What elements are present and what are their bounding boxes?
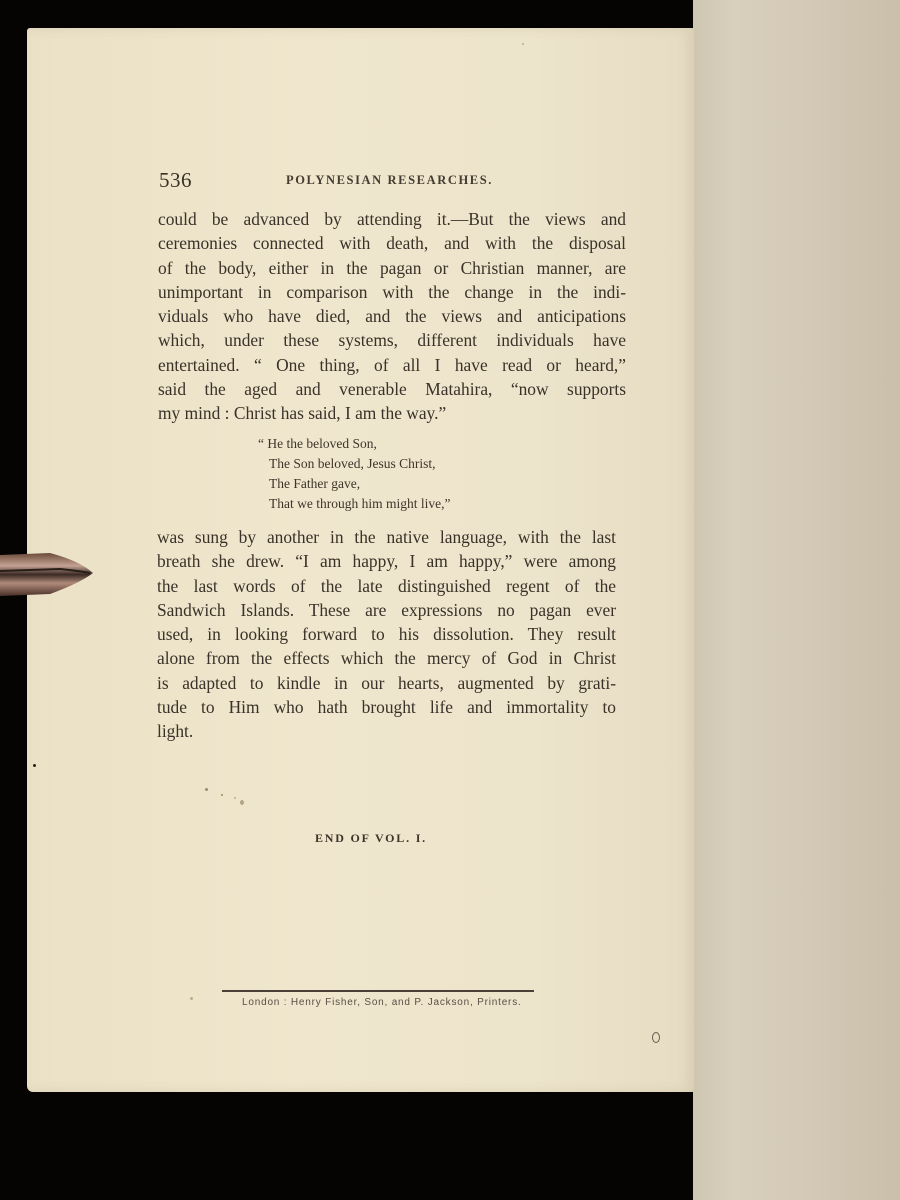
text-line: could be advanced by attending it.—But t… [158,207,626,231]
paragraph-1: could be advanced by attending it.—But t… [158,207,626,426]
adjacent-page-edge [693,0,900,1200]
foxing-speck [205,788,208,791]
imprint-divider [222,990,534,992]
text-line: breath she drew. “I am happy, I am happy… [157,550,616,574]
running-head: POLYNESIAN RESEARCHES. [286,173,493,188]
text-line: tude to Him who hath brought life and im… [157,696,616,720]
text-line: the last words of the late distinguished… [157,575,616,599]
printer-imprint: London : Henry Fisher, Son, and P. Jacks… [242,997,522,1008]
text-line: light. [157,720,616,744]
text-line: unimportant in comparison with the chang… [158,280,626,304]
page-number: 536 [159,168,192,193]
text-line: used, in looking forward to his dissolut… [157,623,616,647]
foxing-speck [33,764,36,767]
foxing-speck [221,794,223,796]
text-line: alone from the effects which the mercy o… [157,647,616,671]
foxing-speck [522,43,524,45]
text-line: is adapted to kindle in our hearts, augm… [157,672,616,696]
text-line: my mind : Christ has said, I am the way.… [158,401,626,425]
verse-line: The Son beloved, Jesus Christ, [258,454,450,474]
foxing-speck [190,997,193,1000]
text-line: entertained. “ One thing, of all I have … [158,353,626,377]
verse-line: “ He the beloved Son, [258,434,450,454]
foxing-speck [240,800,244,805]
foxing-speck [652,1032,660,1043]
foxing-speck [234,797,236,799]
verse-quotation: “ He the beloved Son, The Son beloved, J… [258,434,450,514]
text-line: which, under these systems, different in… [158,328,626,352]
text-line: viduals who have died, and the views and… [158,304,626,328]
text-line: of the body, either in the pagan or Chri… [158,256,626,280]
text-line: ceremonies connected with death, and wit… [158,231,626,255]
text-line: was sung by another in the native langua… [157,526,616,550]
paragraph-2: was sung by another in the native langua… [157,526,616,745]
verse-line: The Father gave, [258,474,450,494]
end-of-volume-marker: END OF VOL. I. [315,831,427,846]
text-line: Sandwich Islands. These are expressions … [157,599,616,623]
bookmark-pointer-icon [0,549,94,601]
verse-line: That we through him might live,” [258,494,450,514]
text-line: said the aged and venerable Matahira, “n… [158,377,626,401]
page-header: 536 POLYNESIAN RESEARCHES. [159,168,624,194]
